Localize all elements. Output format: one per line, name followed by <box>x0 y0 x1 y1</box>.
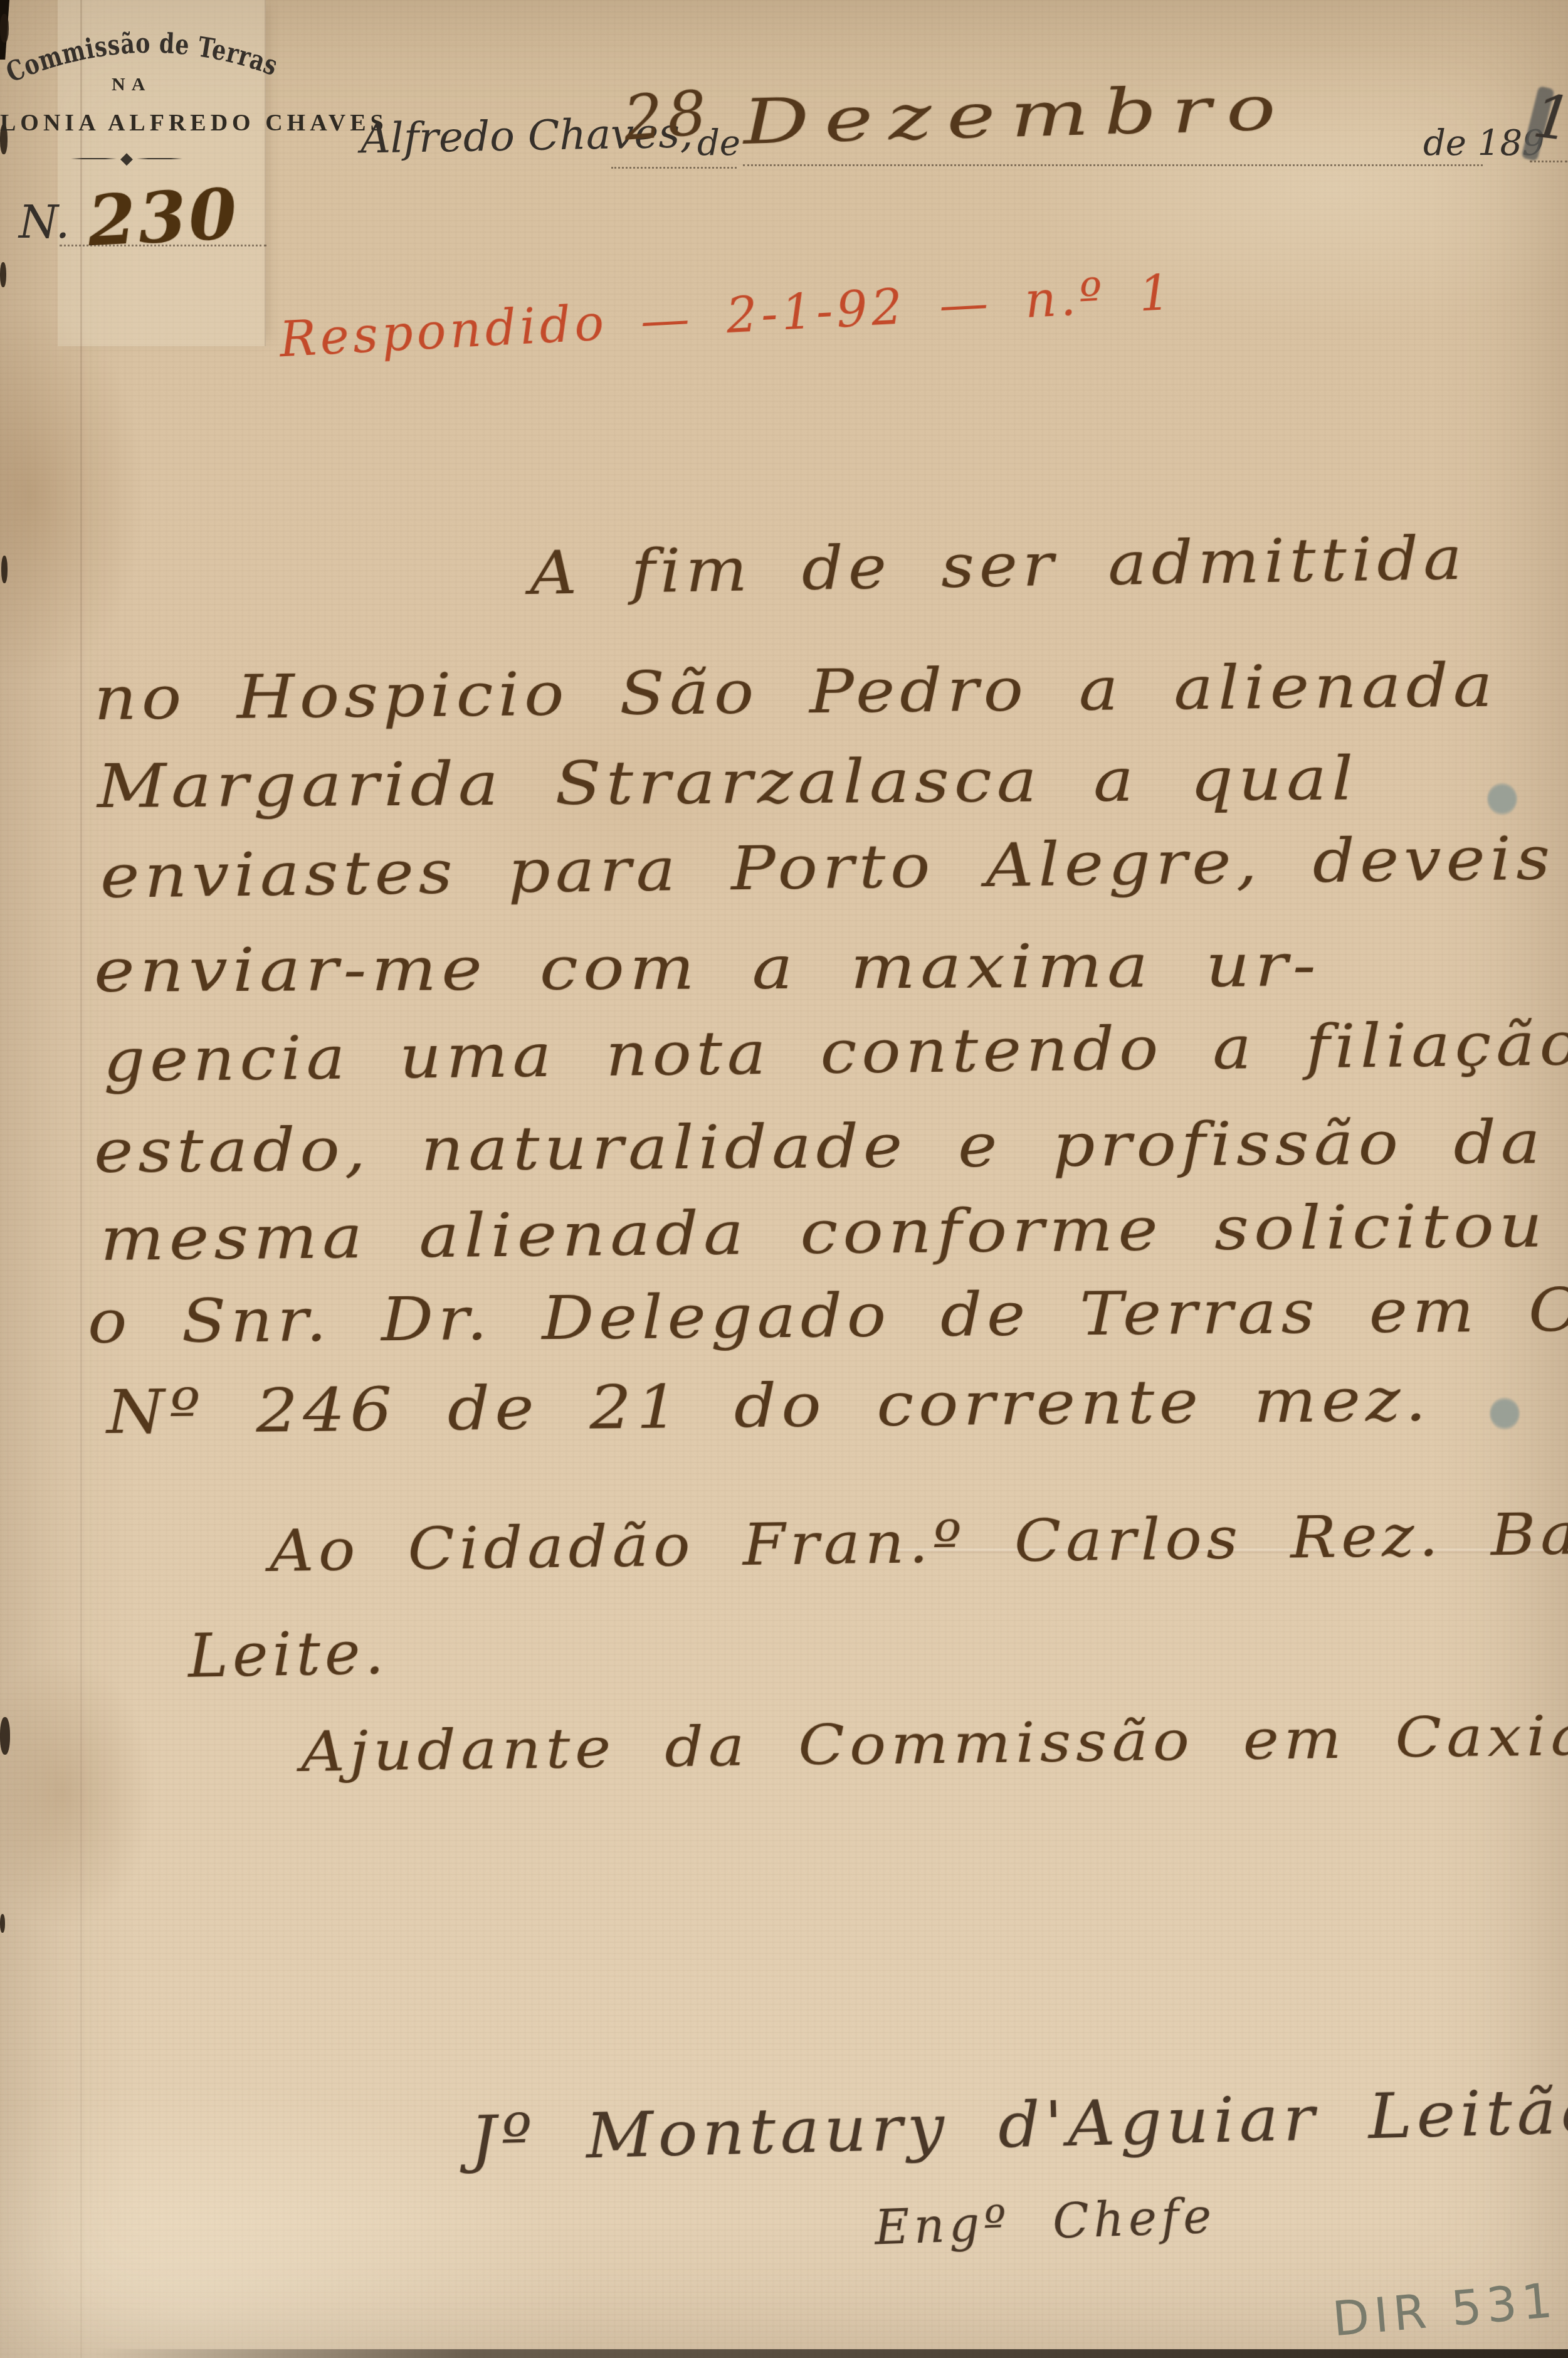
hole-punch <box>1487 783 1517 815</box>
photo-edge-shadow <box>0 2349 1568 2358</box>
edge-speck <box>0 262 6 287</box>
body-line: Nº 246 de 21 do corrente mez. <box>106 1365 1431 1447</box>
letterhead-na-line: NA <box>112 74 151 95</box>
body-line: A fim de ser admittida <box>529 523 1467 608</box>
edge-speck <box>0 1914 5 1933</box>
body-line: Margarida Strarzalasca a qual <box>97 743 1359 822</box>
body-line: gencia uma nota contendo a filiação, <box>103 1008 1568 1096</box>
dotted-rule <box>1530 161 1567 162</box>
red-response-note: Respondido — 2-1-92 — n.º 1 <box>278 265 1176 369</box>
body-line: estado, naturalidade e profissão da <box>94 1107 1545 1187</box>
dotted-rule <box>743 164 1483 166</box>
body-line: o Snr. Dr. Delegado de Terras em Offº <box>87 1274 1568 1357</box>
addressee-line: Ao Cidadão Fran.º Carlos Rez. Barreto <box>269 1498 1568 1585</box>
divider-diamond-icon: ◆ <box>120 151 133 167</box>
addressee-line: Leite. <box>187 1617 389 1691</box>
body-line: mesma alienada conforme solicitou <box>100 1190 1547 1274</box>
dateline-connector1: de <box>697 123 740 164</box>
body-line: enviar-me com a maxima ur- <box>94 930 1321 1006</box>
signature-name: Jº Montaury d'Aguiar Leitão. <box>469 2073 1568 2176</box>
dateline-year-digit: 1 <box>1529 80 1568 155</box>
body-line: no Hospicio São Pedro a alienada <box>93 650 1498 734</box>
addressee-line: Ajudante da Commissão em Caxias <box>300 1703 1568 1784</box>
dotted-rule <box>611 167 737 169</box>
scanned-letter-page: Commissão de Terras NA LONIA ALFREDO CHA… <box>0 0 1568 2358</box>
letterhead-colony-line: LONIA ALFREDO CHAVES <box>0 109 388 137</box>
edge-speck <box>1 556 8 583</box>
fold-line <box>80 0 82 2358</box>
signature-role: Engº Chefe <box>874 2188 1217 2256</box>
doc-number-value: 230 <box>86 173 241 262</box>
edge-speck <box>0 1717 10 1755</box>
dotted-rule <box>60 245 266 246</box>
divider-line <box>71 158 117 159</box>
doc-number-label: N. <box>19 196 70 248</box>
dateline-month: Dezembro <box>741 71 1292 159</box>
letterhead-divider: ◆ <box>71 151 182 167</box>
archive-code: DIR 531 <box>1330 2272 1559 2347</box>
body-line: enviastes para Porto Alegre, deveis <box>100 823 1555 912</box>
hole-punch <box>1490 1397 1520 1430</box>
divider-line <box>137 158 182 159</box>
